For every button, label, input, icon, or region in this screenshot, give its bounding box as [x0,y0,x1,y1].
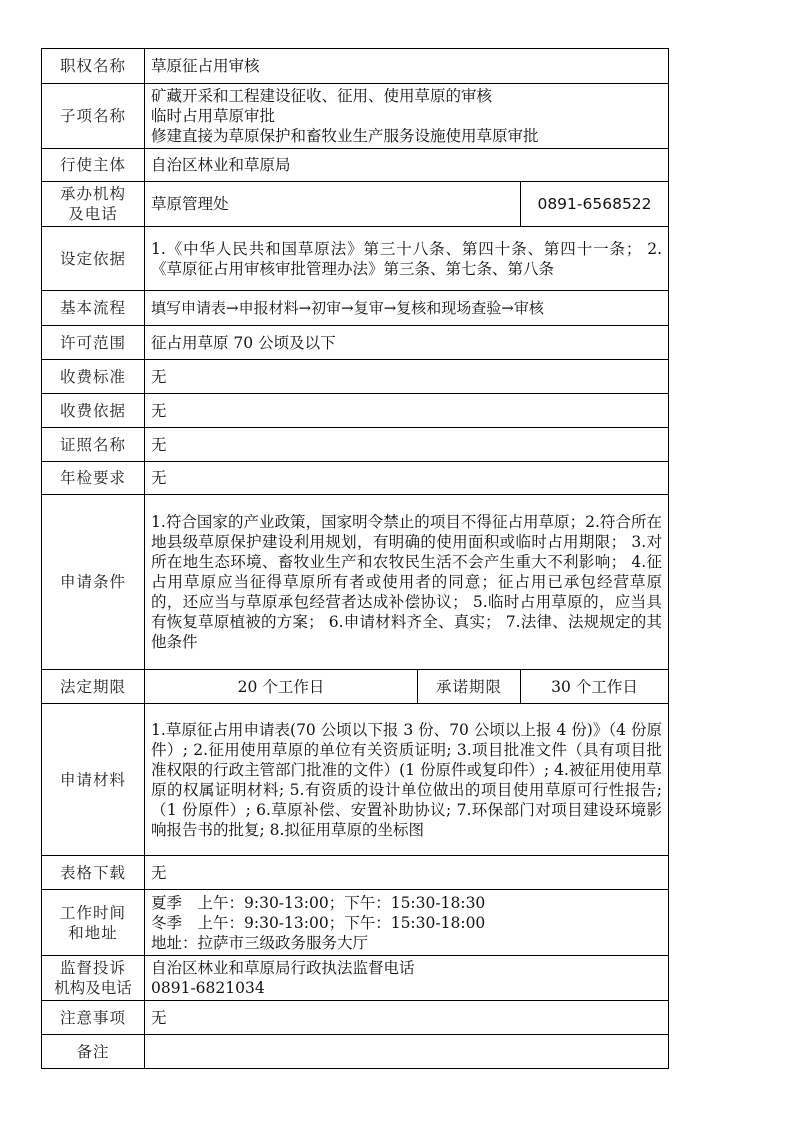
label-legal-deadline: 法定期限 [42,670,145,704]
label-materials: 申请材料 [42,704,145,856]
row-form-download: 表格下载 无 [42,856,669,890]
value-fee-basis: 无 [145,394,669,428]
conditions-text: 1.符合国家的产业政策，国家明令禁止的项目不得征占用草原；2.符合所在地县级草原… [151,512,662,652]
phone-text: 0891-6568522 [531,194,659,214]
row-basis: 设定依据 1.《中华人民共和国草原法》第三十八条、第四十条、第四十一条； 2.《… [42,227,669,291]
row-notes: 注意事项 无 [42,1001,669,1035]
supervision-org: 自治区林业和草原局行政执法监督电话 [151,958,662,978]
row-process: 基本流程 填写申请表→申报材料→初审→复审→复核和现场查验→审核 [42,291,669,326]
label-notes: 注意事项 [42,1001,145,1035]
row-deadline: 法定期限 20 个工作日 承诺期限 30 个工作日 [42,670,669,704]
label-process: 基本流程 [42,291,145,326]
materials-text: 1.草原征占用申请表(70 公顷以下报 3 份、70 公顷以上报 4 份)》（4… [151,720,662,840]
label-power-name: 职权名称 [42,49,145,84]
value-authority: 自治区林业和草原局 [145,149,669,182]
label-line: 及电话 [48,204,138,224]
value-license-name: 无 [145,428,669,462]
row-fee-standard: 收费标准 无 [42,360,669,394]
label-scope: 许可范围 [42,326,145,360]
label-line: 工作时间 [48,903,138,923]
value-handler: 草原管理处 [145,182,521,227]
label-line: 承办机构 [48,184,138,204]
sub-item: 矿藏开采和工程建设征收、征用、使用草原的审核 [151,86,662,106]
value-form-download: 无 [145,856,669,890]
value-handler-phone: 0891-6568522 [521,182,669,227]
label-fee-basis: 收费依据 [42,394,145,428]
label-line: 机构及电话 [48,978,138,998]
value-hours: 夏季 上午：9:30-13:00；下午：15:30-18:30 冬季 上午：9:… [145,890,669,956]
label-annual-check: 年检要求 [42,462,145,495]
value-notes: 无 [145,1001,669,1035]
label-handler: 承办机构 及电话 [42,182,145,227]
row-handler: 承办机构 及电话 草原管理处 0891-6568522 [42,182,669,227]
value-remarks [145,1035,669,1069]
row-power-name: 职权名称 草原征占用审核 [42,49,669,84]
label-conditions: 申请条件 [42,495,145,670]
value-materials: 1.草原征占用申请表(70 公顷以下报 3 份、70 公顷以上报 4 份)》（4… [145,704,669,856]
sub-item: 修建直接为草原保护和畜牧业生产服务设施使用草原审批 [151,126,662,146]
label-line: 和地址 [48,923,138,943]
value-annual-check: 无 [145,462,669,495]
value-supervision: 自治区林业和草原局行政执法监督电话 0891-6821034 [145,956,669,1001]
value-process: 填写申请表→申报材料→初审→复审→复核和现场查验→审核 [145,291,669,326]
label-form-download: 表格下载 [42,856,145,890]
row-remarks: 备注 [42,1035,669,1069]
winter-hours: 冬季 上午：9:30-13:00；下午：15:30-18:00 [151,913,662,933]
summer-hours: 夏季 上午：9:30-13:00；下午：15:30-18:30 [151,893,662,913]
sub-item: 临时占用草原审批 [151,106,662,126]
value-scope: 征占用草原 70 公顷及以下 [145,326,669,360]
row-supervision: 监督投诉 机构及电话 自治区林业和草原局行政执法监督电话 0891-682103… [42,956,669,1001]
address: 地址：拉萨市三级政务服务大厅 [151,933,662,953]
label-fee-standard: 收费标准 [42,360,145,394]
basis-text: 1.《中华人民共和国草原法》第三十八条、第四十条、第四十一条； 2.《草原征占用… [151,239,662,279]
value-basis: 1.《中华人民共和国草原法》第三十八条、第四十条、第四十一条； 2.《草原征占用… [145,227,669,291]
label-supervision: 监督投诉 机构及电话 [42,956,145,1001]
row-fee-basis: 收费依据 无 [42,394,669,428]
power-item-table: 职权名称 草原征占用审核 子项名称 矿藏开采和工程建设征收、征用、使用草原的审核… [41,48,669,1069]
row-conditions: 申请条件 1.符合国家的产业政策，国家明令禁止的项目不得征占用草原；2.符合所在… [42,495,669,670]
row-authority: 行使主体 自治区林业和草原局 [42,149,669,182]
label-authority: 行使主体 [42,149,145,182]
label-hours: 工作时间 和地址 [42,890,145,956]
supervision-phone: 0891-6821034 [151,978,662,998]
row-hours: 工作时间 和地址 夏季 上午：9:30-13:00；下午：15:30-18:30… [42,890,669,956]
value-power-name: 草原征占用审核 [145,49,669,84]
label-line: 监督投诉 [48,958,138,978]
row-scope: 许可范围 征占用草原 70 公顷及以下 [42,326,669,360]
row-materials: 申请材料 1.草原征占用申请表(70 公顷以下报 3 份、70 公顷以上报 4 … [42,704,669,856]
value-sub-items: 矿藏开采和工程建设征收、征用、使用草原的审核 临时占用草原审批 修建直接为草原保… [145,84,669,149]
value-promise-deadline: 30 个工作日 [521,670,669,704]
label-basis: 设定依据 [42,227,145,291]
row-annual-check: 年检要求 无 [42,462,669,495]
value-conditions: 1.符合国家的产业政策，国家明令禁止的项目不得征占用草原；2.符合所在地县级草原… [145,495,669,670]
label-remarks: 备注 [42,1035,145,1069]
label-promise-deadline: 承诺期限 [418,670,521,704]
value-legal-deadline: 20 个工作日 [145,670,418,704]
row-license-name: 证照名称 无 [42,428,669,462]
value-fee-standard: 无 [145,360,669,394]
label-license-name: 证照名称 [42,428,145,462]
row-sub-items: 子项名称 矿藏开采和工程建设征收、征用、使用草原的审核 临时占用草原审批 修建直… [42,84,669,149]
label-sub-items: 子项名称 [42,84,145,149]
